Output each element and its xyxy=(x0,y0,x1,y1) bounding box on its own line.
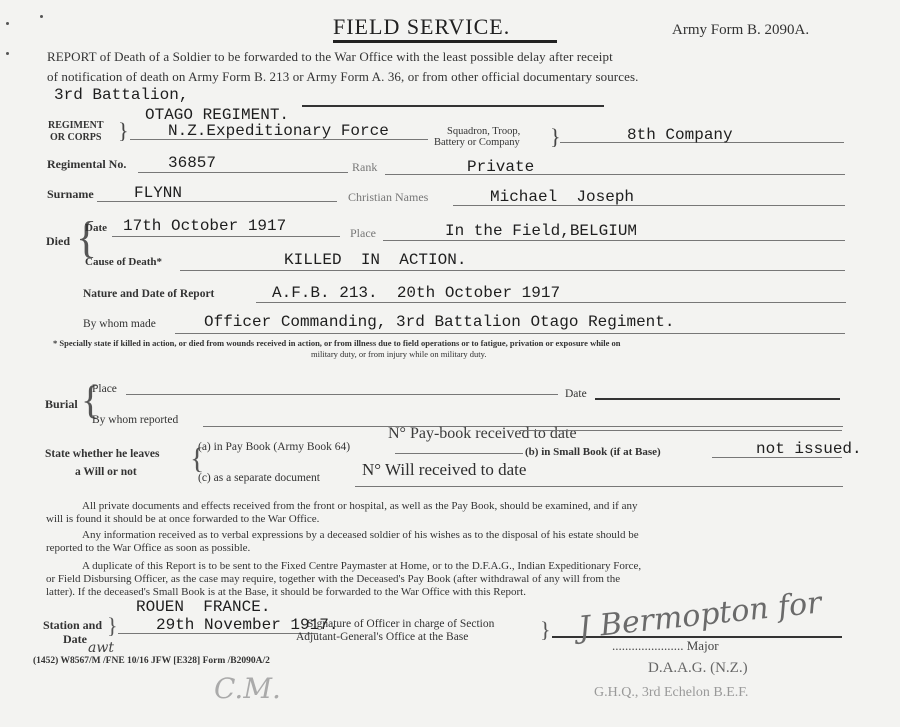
instruction-1-line-1: All private documents and effects receiv… xyxy=(82,500,637,512)
station-label-1: Station and xyxy=(43,618,102,633)
surname-label: Surname xyxy=(47,187,94,202)
regiment-label-1: REGIMENT xyxy=(48,120,104,131)
regiment-brace: } xyxy=(118,118,129,144)
by-whom-line xyxy=(175,333,845,334)
burial-place-label: Place xyxy=(92,383,117,395)
squadron-label-1: Squadron, Troop, xyxy=(447,126,520,137)
intro-line-1: REPORT of Death of a Soldier to be forwa… xyxy=(47,49,613,65)
speckle xyxy=(6,52,9,55)
speckle xyxy=(6,22,9,25)
by-whom-value: Officer Commanding, 3rd Battalion Otago … xyxy=(204,313,674,331)
report-line xyxy=(256,302,846,303)
rank-stamp: ...................... Major xyxy=(612,638,719,654)
squadron-label-2: Battery or Company xyxy=(434,137,520,148)
instruction-3-line-3: latter). If the deceased's Small Book is… xyxy=(46,586,526,598)
christian-names-label: Christian Names xyxy=(348,190,428,205)
cause-value: KILLED IN ACTION. xyxy=(284,251,466,269)
pay-book-stamp: N° Pay-book received to date xyxy=(388,425,577,443)
date-line xyxy=(112,236,340,237)
cause-line xyxy=(180,270,845,271)
company-value: 8th Company xyxy=(627,126,733,144)
burial-place-line xyxy=(126,394,558,395)
instruction-2-line-1: Any information received as to verbal ex… xyxy=(82,529,639,541)
place-label: Place xyxy=(350,226,376,241)
station-value: ROUEN FRANCE. xyxy=(136,598,270,616)
will-a-label: (a) in Pay Book (Army Book 64) xyxy=(198,441,350,453)
intro-line-2: of notification of death on Army Form B.… xyxy=(47,69,638,85)
instruction-3-line-2: or Field Disbursing Officer, as the case… xyxy=(46,573,620,585)
will-c-line xyxy=(355,486,843,487)
will-received-stamp: N° Will received to date xyxy=(362,460,526,480)
will-b-label: (b) in Small Book (if at Base) xyxy=(525,446,661,458)
document-page: FIELD SERVICE. Army Form B. 2090A. REPOR… xyxy=(0,0,900,727)
footnote-line-2: military duty, or from injury while on m… xyxy=(311,349,486,359)
corps-value: N.Z.Expeditionary Force xyxy=(168,122,389,140)
signature-label-1: Signature of Officer in charge of Sectio… xyxy=(307,618,494,630)
burial-label: Burial xyxy=(45,397,78,412)
died-label: Died xyxy=(46,234,70,249)
station-label-2: Date xyxy=(63,632,87,647)
burial-date-line xyxy=(595,398,840,400)
will-b-value: not issued. xyxy=(756,440,862,458)
will-a-upper-line xyxy=(520,430,842,431)
report-value: A.F.B. 213. 20th October 1917 xyxy=(272,284,560,302)
rank-value: Private xyxy=(467,158,534,176)
battalion-value: 3rd Battalion, xyxy=(54,86,188,104)
battalion-line xyxy=(302,105,604,107)
print-code: (1452) W8567/M /FNE 10/16 JFW [E328] For… xyxy=(33,656,270,666)
rank-line xyxy=(385,174,845,175)
regiment-label-2: OR CORPS xyxy=(50,132,101,143)
will-c-label: (c) as a separate document xyxy=(198,472,320,484)
place-value: In the Field,BELGIUM xyxy=(445,222,637,240)
office-stamp-2: G.H.Q., 3rd Echelon B.E.F. xyxy=(594,685,748,701)
form-title: FIELD SERVICE. xyxy=(333,14,510,40)
regimental-no-line xyxy=(138,172,348,173)
will-label-2: a Will or not xyxy=(75,466,137,478)
instruction-2-line-2: reported to the War Office as soon as po… xyxy=(46,542,250,554)
burial-date-label: Date xyxy=(565,388,587,400)
report-label: Nature and Date of Report xyxy=(83,288,214,300)
by-whom-label: By whom made xyxy=(83,318,156,330)
regimental-no-value: 36857 xyxy=(168,154,216,172)
squadron-brace: } xyxy=(550,124,561,150)
surname-line xyxy=(97,201,337,202)
instruction-1-line-2: will is found it should be at once forwa… xyxy=(46,513,319,525)
place-line xyxy=(383,240,845,241)
surname-value: FLYNN xyxy=(134,184,182,202)
date-label: Date xyxy=(85,222,107,234)
initials: awt xyxy=(88,640,114,656)
signature-label-2: Adjutant-General's Office at the Base xyxy=(296,631,468,643)
burial-reported-label: By whom reported xyxy=(92,414,178,426)
date-value: 17th October 1917 xyxy=(123,217,286,235)
bottom-initials: C.M. xyxy=(214,672,281,705)
cause-label: Cause of Death* xyxy=(85,256,162,268)
signature-brace: } xyxy=(540,617,551,643)
speckle xyxy=(40,15,43,18)
form-number: Army Form B. 2090A. xyxy=(672,22,809,39)
regimental-no-label: Regimental No. xyxy=(47,157,126,172)
will-label-1: State whether he leaves xyxy=(45,448,159,460)
instruction-3-line-1: A duplicate of this Report is to be sent… xyxy=(82,560,641,572)
station-brace: } xyxy=(107,613,118,639)
rank-label: Rank xyxy=(352,160,377,175)
will-a-line xyxy=(395,453,523,454)
office-stamp-1: D.A.A.G. (N.Z.) xyxy=(648,660,748,677)
title-underline xyxy=(333,40,557,43)
footnote-line-1: * Specially state if killed in action, o… xyxy=(53,338,621,348)
christian-names-value: Michael Joseph xyxy=(490,188,634,206)
